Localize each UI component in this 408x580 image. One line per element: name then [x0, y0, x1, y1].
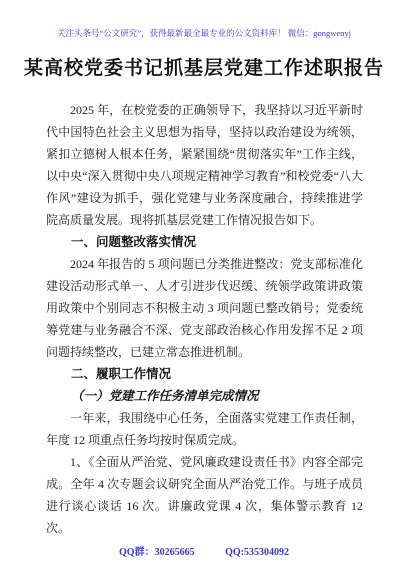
subsection1-paragraph-2: 1、《全面从严治党、党风廉政建设责任书》内容全部完成。全年 4 次专题会议研究全… [46, 451, 363, 539]
intro-paragraph: 2025 年，在校党委的正确领导下，我坚持以习近平新时代中国特色社会主义思想为指… [46, 99, 363, 231]
document-page: 关注头条号“公文研究”，获得最新最全最专业的公文资料库！ 微信：gongweny… [0, 0, 408, 580]
section1-paragraph: 2024 年报告的 5 项问题已分类推进整改：党支部标准化建设活动形式单一、人才… [46, 253, 363, 363]
page-title: 某高校党委书记抓基层党建工作述职报告 [0, 53, 408, 80]
header-promo-text: 关注头条号“公文研究”，获得最新最全最专业的公文资料库！ 微信：gongweny… [0, 27, 408, 39]
footer-contact: QQ群：30265665 QQ:535304092 [0, 543, 408, 558]
footer-qq: QQ:535304092 [225, 547, 289, 558]
section1-heading: 一、问题整改落实情况 [46, 231, 363, 253]
section2-subsection1-heading: （一）党建工作任务清单完成情况 [46, 385, 363, 407]
subsection1-paragraph-1: 一年来，我围绕中心任务，全面落实党建工作责任制，年度 12 项重点任务均按时保质… [46, 407, 363, 451]
section2-heading: 二、履职工作情况 [46, 363, 363, 385]
document-body: 2025 年，在校党委的正确领导下，我坚持以习近平新时代中国特色社会主义思想为指… [46, 99, 363, 539]
footer-qq-group: QQ群：30265665 [119, 547, 195, 558]
